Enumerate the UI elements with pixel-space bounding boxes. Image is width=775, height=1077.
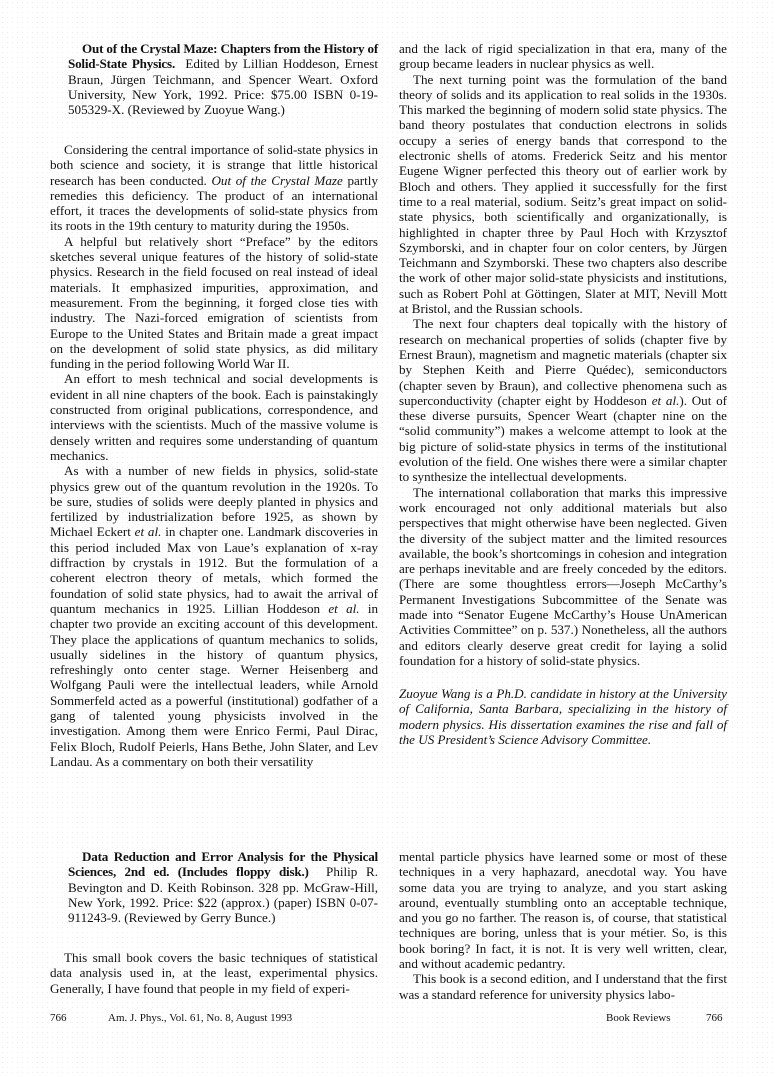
review1-paragraph-5: The next turning point was the formulati… [399,72,727,317]
review2-paragraph-2: This book is a second edition, and I und… [399,971,727,1002]
footer-journal-citation: Am. J. Phys., Vol. 61, No. 8, August 199… [108,1012,292,1024]
review2-heading-block: Data Reduction and Error Analysis for th… [50,849,378,925]
review2-body-left: This small book covers the basic techniq… [50,950,378,996]
review2-heading: Data Reduction and Error Analysis for th… [50,849,378,925]
review1-paragraph-2: A helpful but relatively short “Preface”… [50,234,378,372]
review2-body-right: mental particle physics have learned som… [399,849,727,1002]
review1-paragraph-4: As with a number of new fields in physic… [50,463,378,769]
review2-paragraph-1-cont: mental particle physics have learned som… [399,849,727,971]
review2-paragraph-1: This small book covers the basic techniq… [50,950,378,996]
reviewer-bio: Zuoyue Wang is a Ph.D. candidate in hist… [399,686,727,747]
review1-paragraph-6: The next four chapters deal topically wi… [399,316,727,484]
footer-left-page-number: 766 [50,1012,67,1024]
footer-section-name: Book Reviews [606,1012,670,1024]
review1-heading: Out of the Crystal Maze: Chapters from t… [50,41,378,117]
review1-body-right: and the lack of rigid specialization in … [399,41,727,747]
review1-paragraph-3: An effort to mesh technical and social d… [50,371,378,463]
review1-paragraph-4-cont: and the lack of rigid specialization in … [399,41,727,72]
left-column-top: Out of the Crystal Maze: Chapters from t… [50,41,378,117]
footer-right-page-number: 766 [706,1012,723,1024]
review1-paragraph-7: The international collaboration that mar… [399,485,727,669]
review1-paragraph-1: Considering the central importance of so… [50,142,378,234]
review1-body-left: Considering the central importance of so… [50,142,378,769]
